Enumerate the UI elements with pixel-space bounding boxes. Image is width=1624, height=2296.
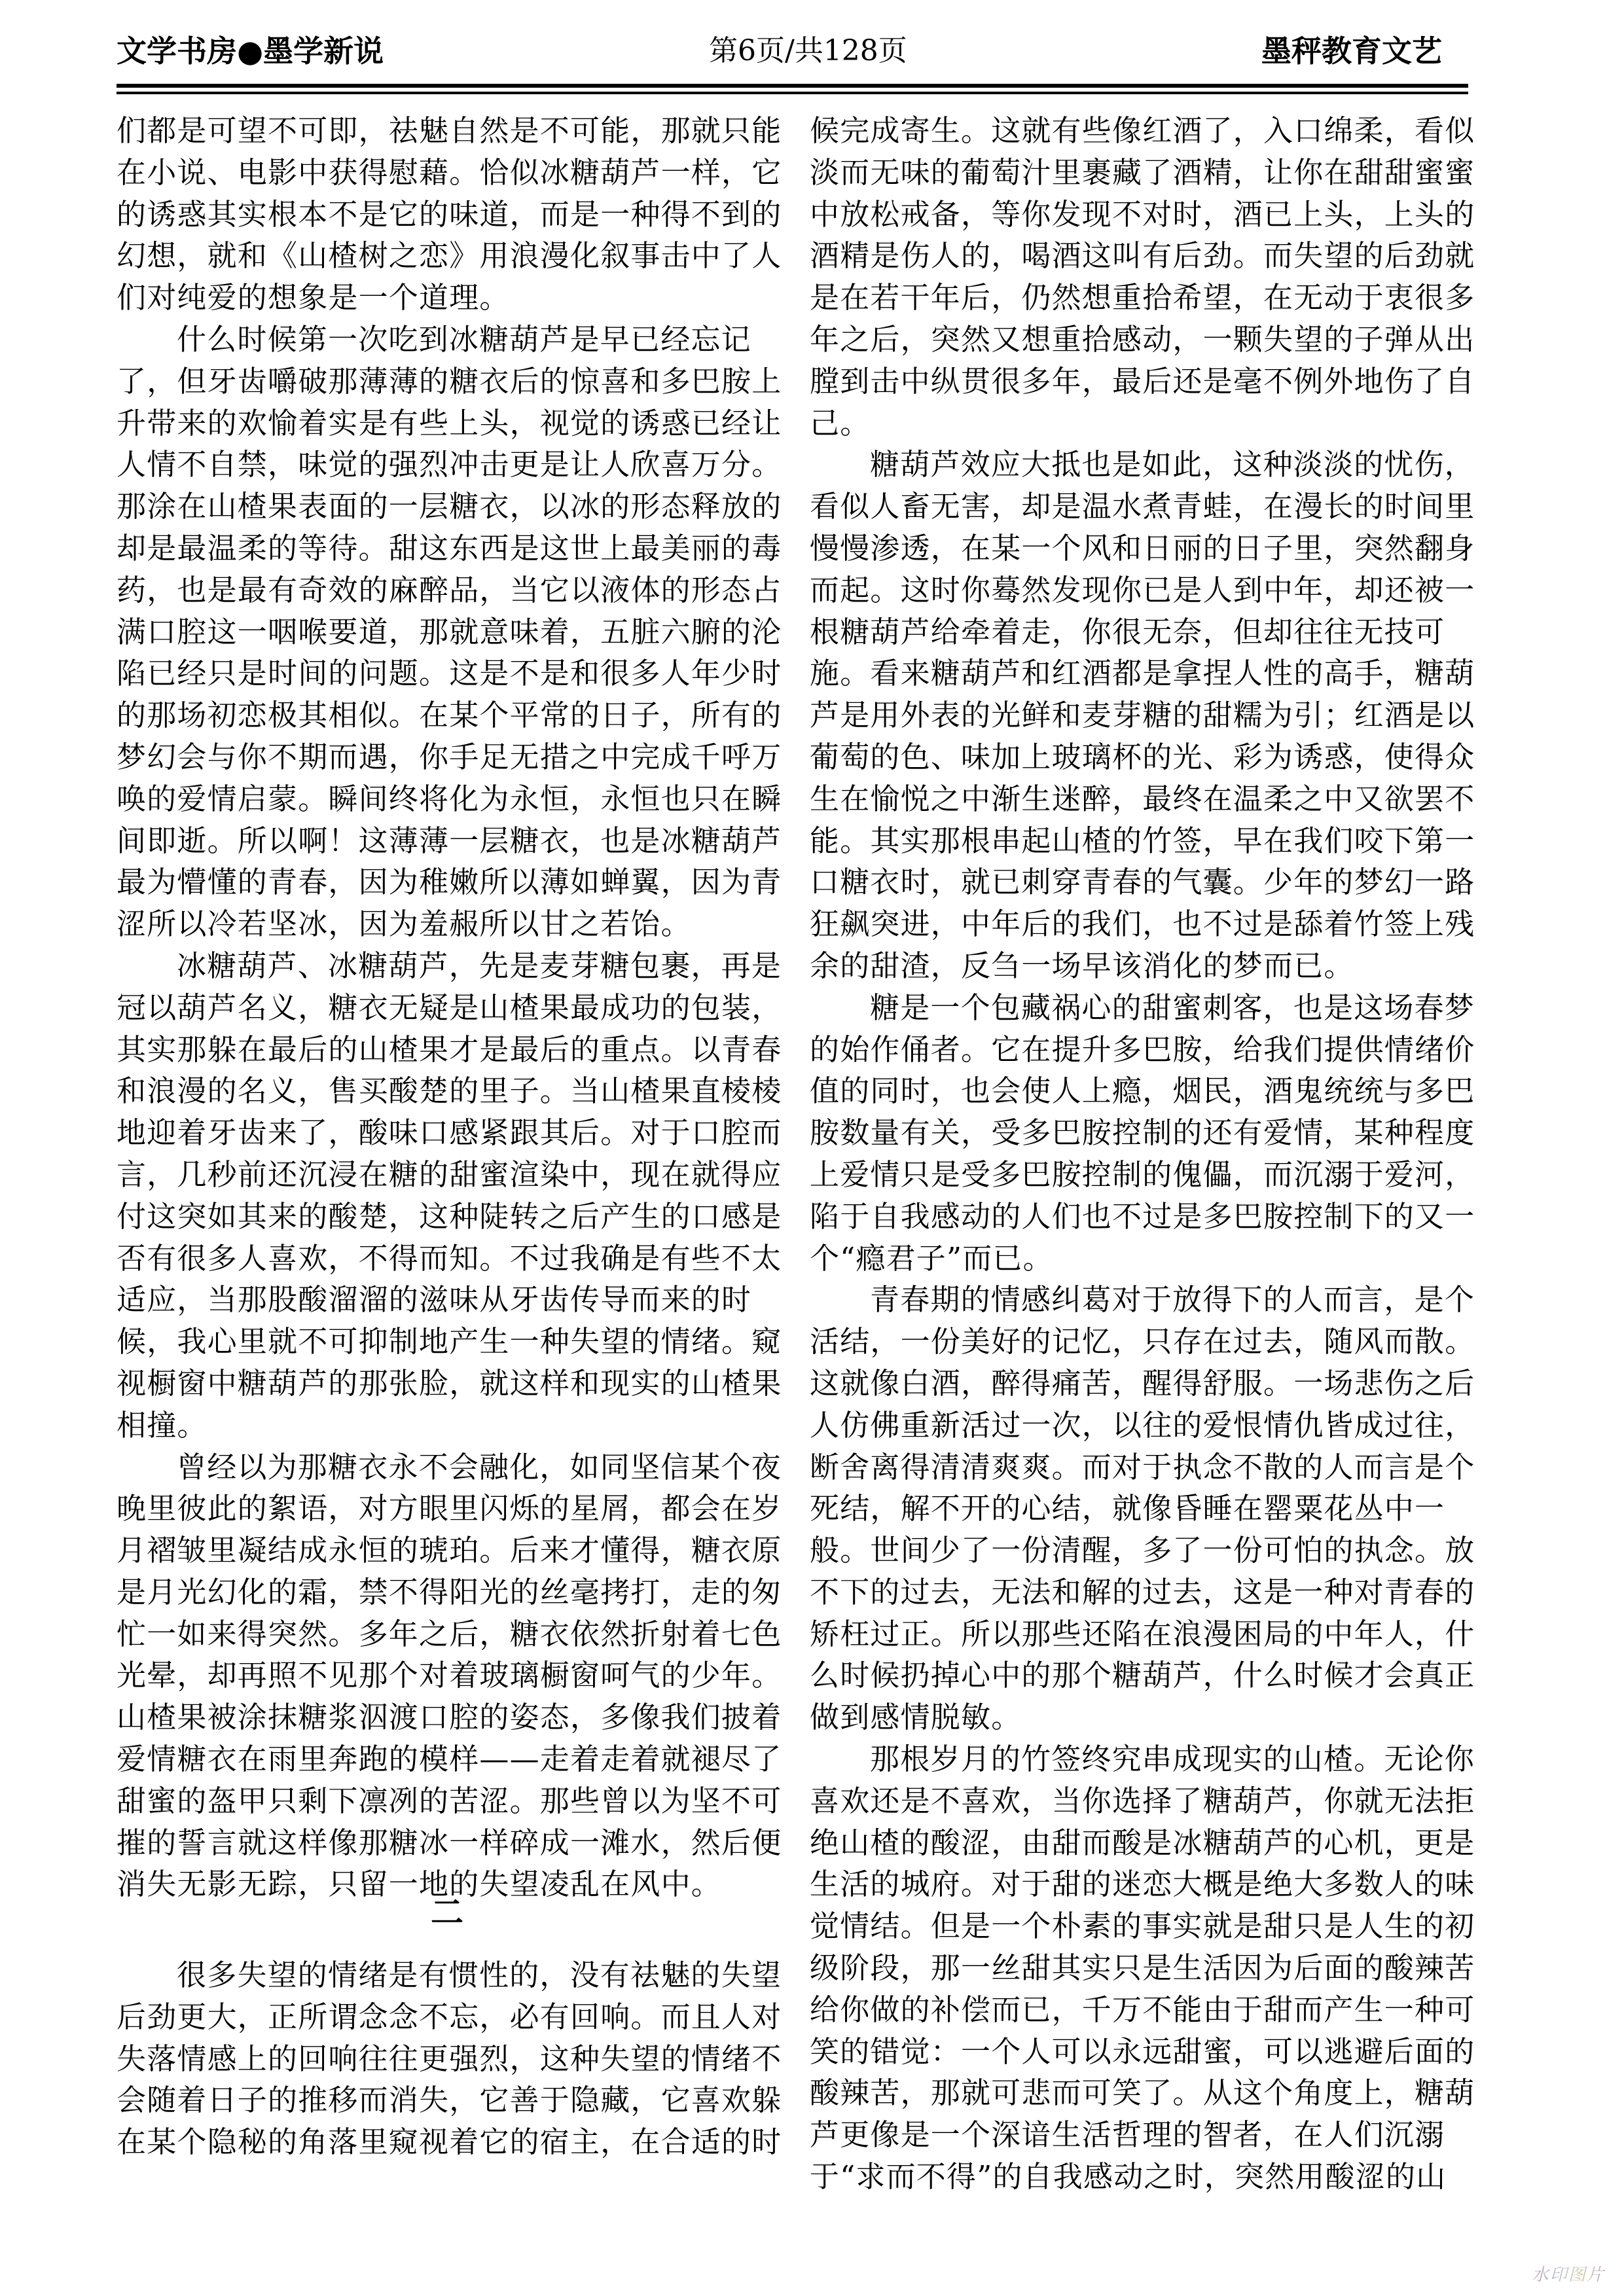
text-line: 么时候扔掉心中的那个糖葫芦，什么时候才会真正: [810, 1655, 1470, 1696]
text-line: 忙一如来得突然。多年之后，糖衣依然折射着七色: [117, 1613, 778, 1655]
text-line: 却是最温柔的等待。甜这东西是这世上最美丽的毒: [117, 528, 778, 569]
paragraph-first-line: 糖葫芦效应大抵也是如此，这种淡淡的忧伤，: [810, 444, 1470, 486]
left-text-column: 们都是可望不可即，祛魅自然是不可能，那就只能在小说、电影中获得慰藉。恰似冰糖葫芦…: [117, 110, 778, 1905]
paragraph-first-line: 冰糖葫芦、冰糖葫芦，先是麦芽糖包裹，再是: [117, 945, 778, 987]
text-line: 候完成寄生。这就有些像红酒了，入口绵柔，看似: [810, 110, 1470, 152]
text-line: 级阶段，那一丝甜其实只是生活因为后面的酸辣苦: [810, 1947, 1470, 1989]
text-line: 活结，一份美好的记忆，只存在过去，随风而散。: [810, 1321, 1470, 1363]
page-header: 文学书房●墨学新说 第6页/共128页 墨秤教育文艺: [117, 26, 1468, 79]
text-line: 慢慢渗透，在某一个风和日丽的日子里，突然翻身: [810, 528, 1470, 569]
text-line: 们都是可望不可即，祛魅自然是不可能，那就只能: [117, 110, 778, 152]
text-line: 甜蜜的盔甲只剩下凛冽的苦涩。那些曾以为坚不可: [117, 1780, 778, 1822]
watermark: 水印图片: [1532, 2261, 1605, 2286]
text-line: 爱情糖衣在雨里奔跑的模样——走着走着就褪尽了: [117, 1738, 778, 1780]
text-line: 中放松戒备，等你发现不对时，酒已上头，上头的: [810, 194, 1470, 236]
paragraph-first-line: 什么时候第一次吃到冰糖葫芦是早已经忘记: [117, 319, 778, 361]
text-line: 芦是用外表的光鲜和麦芽糖的甜糯为引；红酒是以: [810, 694, 1470, 736]
text-line: 口糖衣时，就已刺穿青春的气囊。少年的梦幻一路: [810, 861, 1470, 903]
text-line: 失落情感上的回响往往更强烈，这种失望的情绪不: [117, 2038, 778, 2080]
right-text-column: 候完成寄生。这就有些像红酒了，入口绵柔，看似淡而无味的葡萄汁里裹藏了酒精，让你在…: [810, 110, 1470, 2198]
text-line: 候，我心里就不可抑制地产生一种失望的情绪。窥: [117, 1321, 778, 1363]
text-line: 唤的爱情启蒙。瞬间终将化为永恒，永恒也只在瞬: [117, 778, 778, 820]
text-line: 的那场初恋极其相似。在某个平常的日子，所有的: [117, 694, 778, 736]
text-line: 在小说、电影中获得慰藉。恰似冰糖葫芦一样，它: [117, 152, 778, 194]
text-line: 根糖葫芦给牵着走，你很无奈，但却往往无技可: [810, 611, 1470, 653]
text-line: 相撞。: [117, 1405, 778, 1446]
text-line: 陷于自我感动的人们也不过是多巴胺控制下的又一: [810, 1196, 1470, 1238]
text-line: 的始作俑者。它在提升多巴胺，给我们提供情绪价: [810, 1029, 1470, 1071]
text-line: 了，但牙齿嚼破那薄薄的糖衣后的惊喜和多巴胺上: [117, 361, 778, 403]
text-line: 药，也是最有奇效的麻醉品，当它以液体的形态占: [117, 569, 778, 611]
text-line: 余的甜渣，反刍一场早该消化的梦而已。: [810, 945, 1470, 987]
text-line: 是月光幻化的霜，禁不得阳光的丝毫拷打，走的匆: [117, 1571, 778, 1613]
text-line: 酒精是伤人的，喝酒这叫有后劲。而失望的后劲就: [810, 235, 1470, 277]
text-line: 己。: [810, 403, 1470, 444]
text-line: 喜欢还是不喜欢，当你选择了糖葫芦，你就无法拒: [810, 1780, 1470, 1822]
text-line: 言，几秒前还沉浸在糖的甜蜜渲染中，现在就得应: [117, 1154, 778, 1196]
text-line: 葡萄的色、味加上玻璃杯的光、彩为诱惑，使得众: [810, 736, 1470, 778]
text-line: 上爱情只是受多巴胺控制的傀儡，而沉溺于爱河，: [810, 1154, 1470, 1196]
paragraph-first-line: 曾经以为那糖衣永不会融化，如同坚信某个夜: [117, 1446, 778, 1488]
text-line: 其实那躲在最后的山楂果才是最后的重点。以青春: [117, 1029, 778, 1071]
text-line: 于“求而不得”的自我感动之时，突然用酸涩的山: [810, 2156, 1470, 2198]
text-line: 地迎着牙齿来了，酸味口感紧跟其后。对于口腔而: [117, 1112, 778, 1154]
text-line: 幻想，就和《山楂树之恋》用浪漫化叙事击中了人: [117, 235, 778, 277]
text-line: 般。世间少了一份清醒，多了一份可怕的执念。放: [810, 1530, 1470, 1571]
text-line: 生在愉悦之中渐生迷醉，最终在温柔之中又欲罢不: [810, 778, 1470, 820]
paragraph-first-line: 那根岁月的竹签终究串成现实的山楂。无论你: [810, 1738, 1470, 1780]
text-line: 个“瘾君子”而已。: [810, 1238, 1470, 1280]
text-line: 膛到击中纵贯很多年，最后还是毫不例外地伤了自: [810, 361, 1470, 403]
text-line: 笑的错觉：一个人可以永远甜蜜，可以逃避后面的: [810, 2031, 1470, 2073]
text-line: 矫枉过正。所以那些还陷在浪漫困局的中年人，什: [810, 1613, 1470, 1655]
text-line: 觉情结。但是一个朴素的事实就是甜只是人生的初: [810, 1905, 1470, 1947]
text-line: 月褶皱里凝结成永恒的琥珀。后来才懂得，糖衣原: [117, 1530, 778, 1571]
text-line: 不下的过去，无法和解的过去，这是一种对青春的: [810, 1571, 1470, 1613]
text-line: 胺数量有关，受多巴胺控制的还有爱情，某种程度: [810, 1112, 1470, 1154]
text-line: 光晕，却再照不见那个对着玻璃橱窗呵气的少年。: [117, 1655, 778, 1696]
text-line: 会随着日子的推移而消失，它善于隐藏，它喜欢躲: [117, 2079, 778, 2121]
text-line: 断舍离得清清爽爽。而对于执念不散的人而言是个: [810, 1446, 1470, 1488]
header-publisher: 墨秤教育文艺: [1261, 31, 1442, 71]
text-line: 冠以葫芦名义，糖衣无疑是山楂果最成功的包装，: [117, 987, 778, 1029]
text-line: 死结，解不开的心结，就像昏睡在罂粟花丛中一: [810, 1488, 1470, 1530]
text-line: 是在若干年后，仍然想重拾希望，在无动于衷很多: [810, 277, 1470, 319]
text-line: 绝山楂的酸涩，由甜而酸是冰糖葫芦的心机，更是: [810, 1822, 1470, 1864]
text-line: 酸辣苦，那就可悲而可笑了。从这个角度上，糖葫: [810, 2072, 1470, 2114]
text-line: 施。看来糖葫芦和红酒都是拿捏人性的高手，糖葫: [810, 653, 1470, 694]
header-publication-title: 文学书房●墨学新说: [117, 31, 384, 71]
text-line: 给你做的补偿而已，千万不能由于甜而产生一种可: [810, 1989, 1470, 2031]
text-line: 的诱惑其实根本不是它的味道，而是一种得不到的: [117, 194, 778, 236]
text-line: 在某个隐秘的角落里窥视着它的宿主，在合适的时: [117, 2121, 778, 2163]
text-line: 付这突如其来的酸楚，这种陡转之后产生的口感是: [117, 1196, 778, 1238]
text-line: 们对纯爱的想象是一个道理。: [117, 277, 778, 319]
text-line: 生活的城府。对于甜的迷恋大概是绝大多数人的味: [810, 1863, 1470, 1905]
text-line: 否有很多人喜欢，不得而知。不过我确是有些不太: [117, 1238, 778, 1280]
text-line: 看似人畜无害，却是温水煮青蛙，在漫长的时间里: [810, 486, 1470, 528]
text-line: 梦幻会与你不期而遇，你手足无措之中完成千呼万: [117, 736, 778, 778]
paragraph-first-line: 很多失望的情绪是有惯性的，没有祛魅的失望: [117, 1954, 778, 1996]
left-text-column-continued: 很多失望的情绪是有惯性的，没有祛魅的失望后劲更大，正所谓念念不忘，必有回响。而且…: [117, 1954, 778, 2163]
paragraph-first-line: 糖是一个包藏祸心的甜蜜刺客，也是这场春梦: [810, 987, 1470, 1029]
header-page-number: 第6页/共128页: [709, 31, 907, 71]
text-line: 人情不自禁，味觉的强烈冲击更是让人欣喜万分。: [117, 444, 778, 486]
text-line: 这就像白酒，醉得痛苦，醒得舒服。一场悲伤之后: [810, 1363, 1470, 1405]
text-line: 山楂果被涂抹糖浆泅渡口腔的姿态，多像我们披着: [117, 1696, 778, 1738]
text-line: 晚里彼此的絮语，对方眼里闪烁的星屑，都会在岁: [117, 1488, 778, 1530]
text-line: 视橱窗中糖葫芦的那张脸，就这样和现实的山楂果: [117, 1363, 778, 1405]
header-rule-thick: [117, 84, 1468, 88]
text-line: 能。其实那根串起山楂的竹签，早在我们咬下第一: [810, 820, 1470, 862]
text-line: 值的同时，也会使人上瘾，烟民，酒鬼统统与多巴: [810, 1070, 1470, 1112]
text-line: 狂飙突进，中年后的我们，也不过是舔着竹签上残: [810, 903, 1470, 945]
text-line: 淡而无味的葡萄汁里裹藏了酒精，让你在甜甜蜜蜜: [810, 152, 1470, 194]
header-rule-thin: [117, 92, 1468, 94]
paragraph-first-line: 青春期的情感纠葛对于放得下的人而言，是个: [810, 1279, 1470, 1321]
text-line: 人仿佛重新活过一次，以往的爱恨情仇皆成过往，: [810, 1405, 1470, 1446]
text-line: 做到感情脱敏。: [810, 1696, 1470, 1738]
text-line: 陷已经只是时间的问题。这是不是和很多人年少时: [117, 653, 778, 694]
text-line: 最为懵懂的青春，因为稚嫩所以薄如蝉翼，因为青: [117, 861, 778, 903]
text-line: 芦更像是一个深谙生活哲理的智者，在人们沉溺: [810, 2114, 1470, 2156]
text-line: 适应，当那股酸溜溜的滋味从牙齿传导而来的时: [117, 1279, 778, 1321]
text-line: 那涂在山楂果表面的一层糖衣，以冰的形态释放的: [117, 486, 778, 528]
section-heading: 二: [117, 1886, 778, 1939]
text-line: 间即逝。所以啊！这薄薄一层糖衣，也是冰糖葫芦: [117, 820, 778, 862]
text-line: 和浪漫的名义，售买酸楚的里子。当山楂果直棱棱: [117, 1070, 778, 1112]
text-line: 而起。这时你蓦然发现你已是人到中年，却还被一: [810, 569, 1470, 611]
text-line: 升带来的欢愉着实是有些上头，视觉的诱惑已经让: [117, 403, 778, 444]
text-line: 摧的誓言就这样像那糖冰一样碎成一滩水，然后便: [117, 1822, 778, 1864]
text-line: 涩所以冷若坚冰，因为羞赧所以甘之若饴。: [117, 903, 778, 945]
text-line: 后劲更大，正所谓念念不忘，必有回响。而且人对: [117, 1996, 778, 2038]
text-line: 年之后，突然又想重拾感动，一颗失望的子弹从出: [810, 319, 1470, 361]
text-line: 满口腔这一咽喉要道，那就意味着，五脏六腑的沦: [117, 611, 778, 653]
